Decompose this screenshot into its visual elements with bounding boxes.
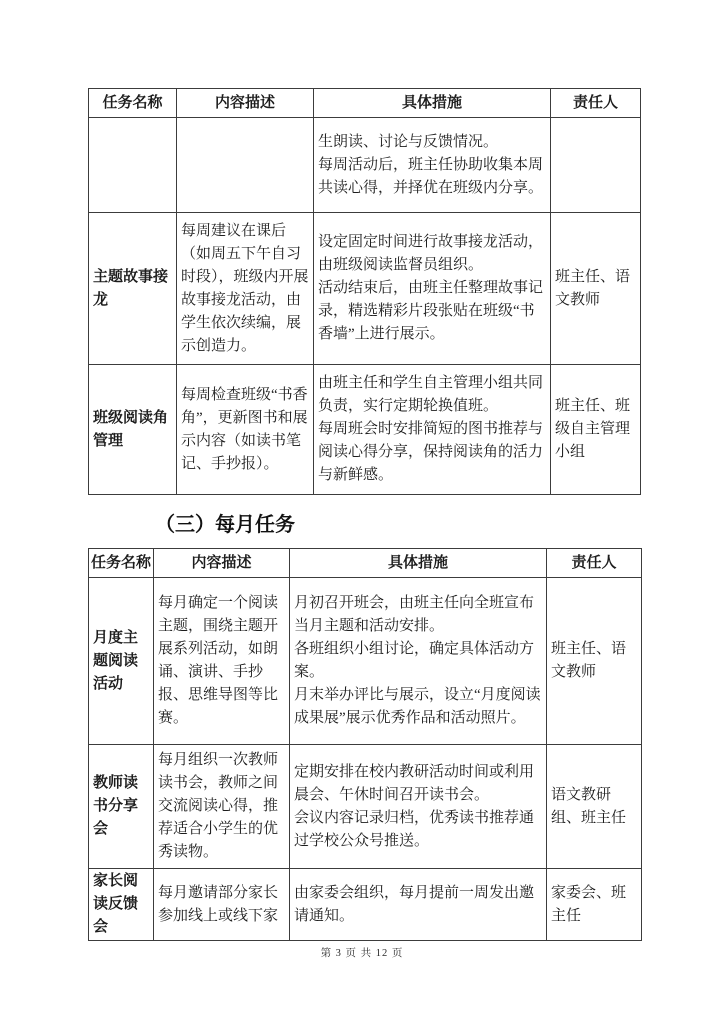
- cell-task: [89, 118, 177, 213]
- header-content-desc: 内容描述: [177, 89, 314, 118]
- page-number-footer: 第 3 页 共 12 页: [0, 945, 724, 960]
- cell-desc: 每周检查班级“书香角”，更新图书和展示内容（如读书笔记、手抄报）。: [177, 365, 314, 495]
- table-row: 月度主题阅读活动 每月确定一个阅读主题，围绕主题开展系列活动，如朗诵、演讲、手抄…: [89, 578, 642, 745]
- cell-measures: 月初召开班会，由班主任向全班宣布当月主题和活动安排。 各班组织小组讨论，确定具体…: [290, 578, 547, 745]
- cell-desc: 每月组织一次教师读书会，教师之间交流阅读心得，推荐适合小学生的优秀读物。: [154, 745, 290, 869]
- cell-owner: 班主任、语文教师: [551, 213, 641, 365]
- cell-owner: 班主任、语文教师: [547, 578, 642, 745]
- table-row: 教师读书分享会 每月组织一次教师读书会，教师之间交流阅读心得，推荐适合小学生的优…: [89, 745, 642, 869]
- cell-desc: 每月邀请部分家长参加线上或线下家: [154, 869, 290, 941]
- weekly-tasks-table: 任务名称 内容描述 具体措施 责任人 生朗读、讨论与反馈情况。 每周活动后，班主…: [88, 88, 641, 495]
- cell-owner: [551, 118, 641, 213]
- header-owner: 责任人: [547, 549, 642, 578]
- cell-desc: 每周建议在课后（如周五下午自习时段），班级内开展故事接龙活动，由学生依次续编，展…: [177, 213, 314, 365]
- header-task-name: 任务名称: [89, 89, 177, 118]
- cell-measures: 设定固定时间进行故事接龙活动，由班级阅读监督员组织。 活动结束后，由班主任整理故…: [314, 213, 551, 365]
- cell-desc: [177, 118, 314, 213]
- cell-owner: 班主任、班级自主管理小组: [551, 365, 641, 495]
- cell-task: 主题故事接龙: [89, 213, 177, 365]
- section-heading-monthly-tasks: （三）每月任务: [155, 508, 295, 537]
- header-task-name: 任务名称: [89, 549, 154, 578]
- header-measures: 具体措施: [290, 549, 547, 578]
- cell-task: 家长阅读反馈会: [89, 869, 154, 941]
- document-page: 任务名称 内容描述 具体措施 责任人 生朗读、讨论与反馈情况。 每周活动后，班主…: [0, 0, 724, 1024]
- cell-owner: 语文教研组、班主任: [547, 745, 642, 869]
- table-row: 家长阅读反馈会 每月邀请部分家长参加线上或线下家 由家委会组织，每月提前一周发出…: [89, 869, 642, 941]
- cell-owner: 家委会、班主任: [547, 869, 642, 941]
- header-owner: 责任人: [551, 89, 641, 118]
- monthly-tasks-table: 任务名称 内容描述 具体措施 责任人 月度主题阅读活动 每月确定一个阅读主题，围…: [88, 548, 642, 941]
- table-header-row: 任务名称 内容描述 具体措施 责任人: [89, 89, 641, 118]
- header-content-desc: 内容描述: [154, 549, 290, 578]
- cell-task: 班级阅读角管理: [89, 365, 177, 495]
- cell-task: 教师读书分享会: [89, 745, 154, 869]
- cell-task: 月度主题阅读活动: [89, 578, 154, 745]
- cell-desc: 每月确定一个阅读主题，围绕主题开展系列活动，如朗诵、演讲、手抄报、思维导图等比赛…: [154, 578, 290, 745]
- header-measures: 具体措施: [314, 89, 551, 118]
- table-header-row: 任务名称 内容描述 具体措施 责任人: [89, 549, 642, 578]
- cell-measures: 由家委会组织，每月提前一周发出邀请通知。: [290, 869, 547, 941]
- cell-measures: 由班主任和学生自主管理小组共同负责，实行定期轮换值班。 每周班会时安排简短的图书…: [314, 365, 551, 495]
- cell-measures: 定期安排在校内教研活动时间或利用晨会、午休时间召开读书会。 会议内容记录归档，优…: [290, 745, 547, 869]
- cell-measures: 生朗读、讨论与反馈情况。 每周活动后，班主任协助收集本周共读心得，并择优在班级内…: [314, 118, 551, 213]
- table-row: 班级阅读角管理 每周检查班级“书香角”，更新图书和展示内容（如读书笔记、手抄报）…: [89, 365, 641, 495]
- table-row: 生朗读、讨论与反馈情况。 每周活动后，班主任协助收集本周共读心得，并择优在班级内…: [89, 118, 641, 213]
- table-row: 主题故事接龙 每周建议在课后（如周五下午自习时段），班级内开展故事接龙活动，由学…: [89, 213, 641, 365]
